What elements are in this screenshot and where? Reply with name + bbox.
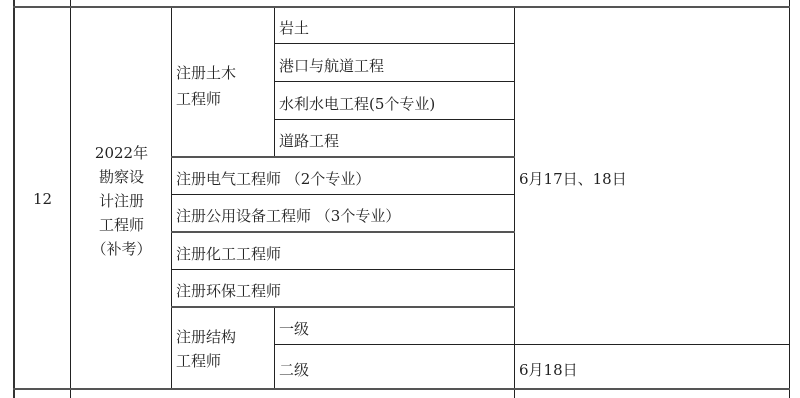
- row-divider: [171, 231, 515, 233]
- exam-date: 6月17日、18日: [519, 168, 627, 189]
- row-divider: [274, 81, 515, 82]
- column-divider: [171, 6, 172, 389]
- row-divider: [171, 269, 515, 270]
- category-utilities-engineer: 注册公用设备工程师 （3个专业）: [176, 205, 400, 226]
- category-structural-engineer: 工程师: [176, 350, 221, 371]
- exam-name-line: 工程师: [72, 214, 171, 235]
- subitem: 二级: [279, 359, 309, 380]
- exam-name-line: （补考）: [72, 238, 171, 259]
- row-divider-bottom: [13, 388, 790, 390]
- subitem: 一级: [279, 318, 309, 339]
- row-divider: [514, 344, 790, 345]
- column-divider: [70, 0, 71, 398]
- row-divider: [274, 344, 515, 345]
- row-divider: [274, 119, 515, 120]
- subitem: 水利水电工程(5个专业): [279, 93, 435, 114]
- column-divider: [274, 307, 275, 389]
- category-electrical-engineer: 注册电气工程师 （2个专业）: [176, 168, 370, 189]
- row-divider: [274, 43, 515, 44]
- subitem: 道路工程: [279, 130, 339, 151]
- category-chemical-engineer: 注册化工工程师: [176, 243, 281, 264]
- exam-name-line: 勘察设: [72, 166, 171, 187]
- subitem: 岩土: [279, 17, 309, 38]
- category-civil-engineer: 注册土木: [176, 62, 236, 83]
- row-divider: [171, 306, 515, 308]
- exam-name-line: 2022年: [72, 142, 171, 163]
- row-divider: [171, 194, 515, 195]
- exam-date: 6月18日: [519, 359, 578, 380]
- category-civil-engineer: 工程师: [176, 88, 221, 109]
- category-structural-engineer: 注册结构: [176, 326, 236, 347]
- exam-name-line: 计注册: [72, 190, 171, 211]
- subitem: 港口与航道工程: [279, 55, 384, 76]
- row-divider: [171, 156, 515, 158]
- table-border-right: [789, 0, 790, 398]
- row-divider-top: [13, 6, 790, 8]
- row-number: 12: [15, 190, 70, 208]
- category-environmental-engineer: 注册环保工程师: [176, 280, 281, 301]
- column-divider: [514, 6, 515, 398]
